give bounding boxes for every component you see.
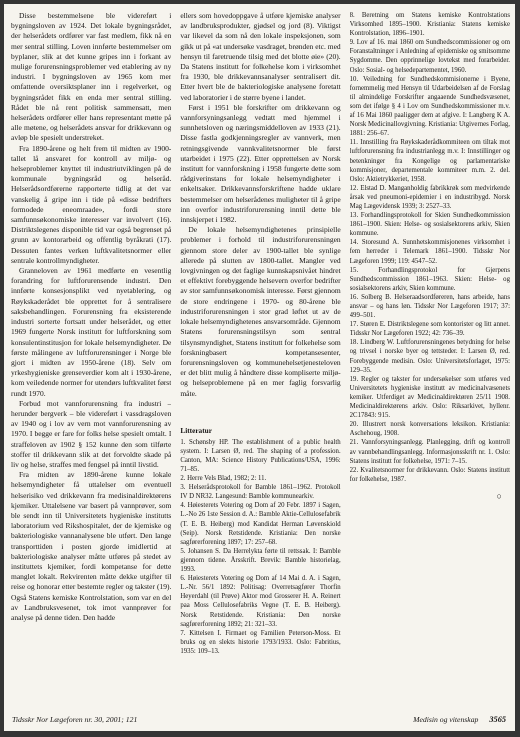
body-paragraph: Fra 1890-årene og helt frem til midten a… — [11, 144, 171, 266]
reference-item: 18. Lindberg W. Luftforurensningenes bet… — [350, 338, 510, 374]
journal-page: Disse bestemmelsene ble videreført i byg… — [4, 4, 515, 731]
reference-item: 9. Lov af 16. mai 1860 om Sundhedscommis… — [350, 38, 510, 74]
reference-item: 16. Solberg B. Helseraadsordføreren, han… — [350, 293, 510, 320]
reference-item: 3. Helserådsprotokoll for Bamble 1861–19… — [180, 483, 340, 501]
reference-item: 10. Veiledning for Sundhedskommisionerne… — [350, 75, 510, 139]
reference-item: 4. Høiesterets Votering og Dom af 20 Feb… — [180, 501, 340, 546]
column-3: 8. Beretning om Statens kemiske Kontrols… — [350, 11, 510, 705]
section-name: Medisin og vitenskap — [413, 715, 478, 724]
body-paragraph: Først i 1951 ble forskrifter om drikkeva… — [180, 103, 340, 225]
body-paragraph: Forbud mot vannforurensning fra industri… — [11, 399, 171, 470]
text-columns: Disse bestemmelsene ble videreført i byg… — [11, 11, 510, 705]
reference-item: 8. Beretning om Statens kemiske Kontrols… — [350, 11, 510, 38]
reference-item: 20. Illustrert norsk konversations leksi… — [350, 420, 510, 438]
reference-item: 11. Innstilling fra Røykskaderådkommitee… — [350, 138, 510, 183]
reference-item: 21. Vannforsyningsanlegg. Planlegging, d… — [350, 438, 510, 465]
body-paragraph: Fra midten av 1890-årene kunne lokale he… — [11, 470, 171, 623]
body-paragraph: De lokale helsemyndighetenes prinsipiell… — [180, 225, 340, 398]
body-paragraph: Disse bestemmelsene ble videreført i byg… — [11, 11, 171, 144]
reference-item: 17. Støren E. Distriktslegene som kontor… — [350, 320, 510, 338]
column-1-paragraphs: Disse bestemmelsene ble videreført i byg… — [11, 11, 171, 623]
footer-right: Medisin og vitenskap 3565 — [413, 715, 506, 724]
reference-item: 12. Elstad D. Manganholdig fabrikkrøk so… — [350, 184, 510, 211]
column-1: Disse bestemmelsene ble videreført i byg… — [11, 11, 171, 705]
reference-list-1-7: 1. Schønsby HP. The establishment of a p… — [180, 438, 340, 656]
reference-item: 19. Regler og takster for undersøkelser … — [350, 375, 510, 420]
reference-item: 13. Forhandlingsprotokoll for Skien Sund… — [350, 211, 510, 238]
reference-list-8-22: 8. Beretning om Statens kemiske Kontrols… — [350, 11, 510, 484]
column-2-paragraphs: ellers som hovedoppgave å utføre kjemisk… — [180, 11, 340, 399]
end-of-article-icon: ○ — [350, 492, 510, 501]
reference-item: 15. Forhandlingsprotokol for Gjerpens Su… — [350, 266, 510, 293]
journal-citation: Tidsskr Nor Lægeforen nr. 30, 2001; 121 — [12, 715, 137, 724]
reference-item: 14. Storesund A. Sunnhetskommisjonenes v… — [350, 238, 510, 265]
literature-heading: Litteratur — [180, 426, 340, 435]
reference-item: 2. Herre Vels Blad, 1982; 2: 11. — [180, 474, 340, 483]
column-2: ellers som hovedoppgave å utføre kjemisk… — [180, 11, 340, 705]
reference-item: 5. Johansen S. Da Herrelykta førte til r… — [180, 547, 340, 574]
reference-item: 22. Kvalitetsnormer for drikkevann. Oslo… — [350, 466, 510, 484]
page-footer: Tidsskr Nor Lægeforen nr. 30, 2001; 121 … — [12, 715, 506, 724]
body-paragraph: Granneloven av 1961 medførte en vesentli… — [11, 266, 171, 399]
reference-item: 7. Kittelsen I. Firmaet og Familien Pete… — [180, 629, 340, 656]
page-number: 3565 — [489, 715, 506, 724]
reference-item: 6. Høiesterets Votering og Dom af 14 Mai… — [180, 574, 340, 629]
body-paragraph: ellers som hovedoppgave å utføre kjemisk… — [180, 11, 340, 103]
scan-frame: Disse bestemmelsene ble videreført i byg… — [0, 0, 520, 737]
reference-item: 1. Schønsby HP. The establishment of a p… — [180, 438, 340, 474]
